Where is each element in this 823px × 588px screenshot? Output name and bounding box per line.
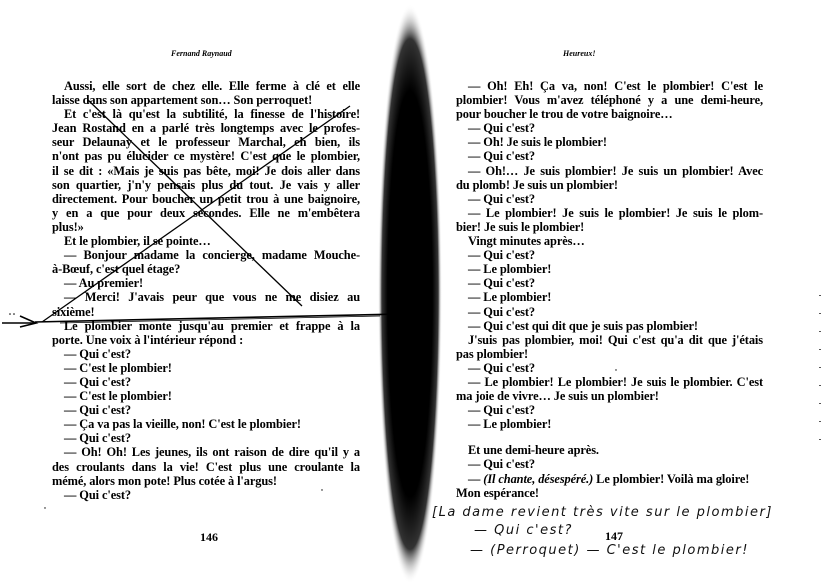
text-line: Et le plombier, il se pointe… [52,234,360,248]
text-line: pas plombier! [456,347,763,361]
text-line: mémé, alors mon pote! Plus cotée à l'arg… [52,474,360,488]
text-line: — Au premier! [52,276,360,290]
text-line: — Qui c'est? [456,403,763,417]
text-line: — Le plombier! [456,417,763,431]
text-line: y en a que pour deux secondes. Elle ne m… [52,206,360,220]
running-head-title: Heureux! [563,49,595,58]
text-line: du plomb! Je suis un plombier! [456,178,763,192]
text-line: bier! Je suis le plombier! [456,220,763,234]
text-line: — Le plombier! Le plombier! Je suis le p… [456,375,763,389]
text-line: ma joie de vivre… Je suis un plombier! [456,389,763,403]
text-line: — Bonjour madame la concierge, madame Mo… [52,248,360,262]
text-line: — Qui c'est? [456,192,763,206]
scan-edge-dots [819,295,821,455]
text-line: — Le plombier! [456,262,763,276]
text-line: — C'est le plombier! [52,361,360,375]
text-line: Jean Rostand en a parlé très longtemps a… [52,121,360,135]
text-line: Aussi, elle sort de chez elle. Elle ferm… [52,79,360,93]
text-line: — Le plombier! Je suis le plombier! Je s… [456,206,763,220]
text-line: — Ça va pas la vieille, non! C'est le pl… [52,417,360,431]
text-line: — Qui c'est? [456,276,763,290]
stage-direction: (Il chante, désespéré.) [483,472,593,486]
text-line: seur Delaunay et le professeur Marchal, … [52,135,360,149]
text-line: — Qui c'est qui dit que je suis pas plom… [456,319,763,333]
right-page: Heureux! — Oh! Eh! Ça va, non! C'est le … [423,0,823,588]
text-line-stage-direction: — (Il chante, désespéré.) Le plombier! V… [456,472,763,486]
text-line: — Oh! Je suis le plombier! [456,135,763,149]
text-line: plus!» [52,220,360,234]
text-line: — Qui c'est? [456,305,763,319]
text-line: Et une demi-heure après. [456,443,763,457]
text-line: — Oh! Oh! Les jeunes, ils ont raison de … [52,445,360,459]
text-line: son quartier, j'n'y pensais plus du tout… [52,178,360,192]
text-line: — Le plombier! [456,290,763,304]
text-line: — Oh! Eh! Ça va, non! C'est le plombier!… [456,79,763,93]
dialogue: Le plombier! Voilà ma gloire! [593,472,749,486]
running-head-author: Fernand Raynaud [171,49,232,58]
right-page-body: — Oh! Eh! Ça va, non! C'est le plombier!… [456,79,763,500]
text-line: — Qui c'est? [456,248,763,262]
text-line: pour boucher le trou de votre baignoire… [456,107,763,121]
spine-shadow-icon [375,0,445,588]
text-line: Le plombier monte jusqu'au premier et fr… [52,319,360,333]
text-line: porte. Une voix à l'intérieur répond : [52,333,360,347]
page-number-left: 146 [200,530,218,545]
text-line: — C'est le plombier! [52,389,360,403]
text-line: des croulants dans la vie! C'est plus un… [52,460,360,474]
dash: — [468,472,483,486]
handwritten-note-line: [La dame revient très vite sur le plombi… [432,505,773,520]
page-number-right: 147 [605,529,623,544]
text-line: J'suis pas plombier, moi! Qui c'est qu'a… [456,333,763,347]
text-line: laisse dans son appartement son… Son per… [52,93,360,107]
handwritten-note-line: — Qui c'est? [474,523,573,538]
text-line: — Qui c'est? [52,375,360,389]
book-spine-shadow [375,0,445,588]
text-line: directement. Pour boucher un petit trou … [52,192,360,206]
text-line: Mon espérance! [456,486,763,500]
left-page: Fernand Raynaud Aussi, elle sort de chez… [0,0,400,588]
left-page-body: Aussi, elle sort de chez elle. Elle ferm… [52,79,360,502]
text-line: — Qui c'est? [456,121,763,135]
text-line: — Merci! J'avais peur que vous ne me dis… [52,290,360,304]
text-line: — Qui c'est? [52,431,360,445]
text-line: — Qui c'est? [456,361,763,375]
text-line: — Qui c'est? [52,403,360,417]
text-line: Vingt minutes après… [456,234,763,248]
text-line: — Qui c'est? [456,149,763,163]
text-line: Et c'est là qu'est la subtilité, la fine… [52,107,360,121]
text-line: il se dit : «Mais je suis pas bête, moi!… [52,164,360,178]
text-line: — Qui c'est? [456,457,763,471]
text-line: — Qui c'est? [52,347,360,361]
handwritten-note-line: — (Perroquet) — C'est le plombier! [470,543,749,558]
text-line: plombier! Vous m'avez téléphoné y a une … [456,93,763,107]
text-line: à-Bœuf, c'est quel étage? [52,262,360,276]
text-line: n'ont pas pu élucider ce mystère! C'est … [52,149,360,163]
text-line: sixième! [52,305,360,319]
text-line: — Oh!… Je suis plombier! Je suis un plom… [456,164,763,178]
text-line: — Qui c'est? [52,488,360,502]
